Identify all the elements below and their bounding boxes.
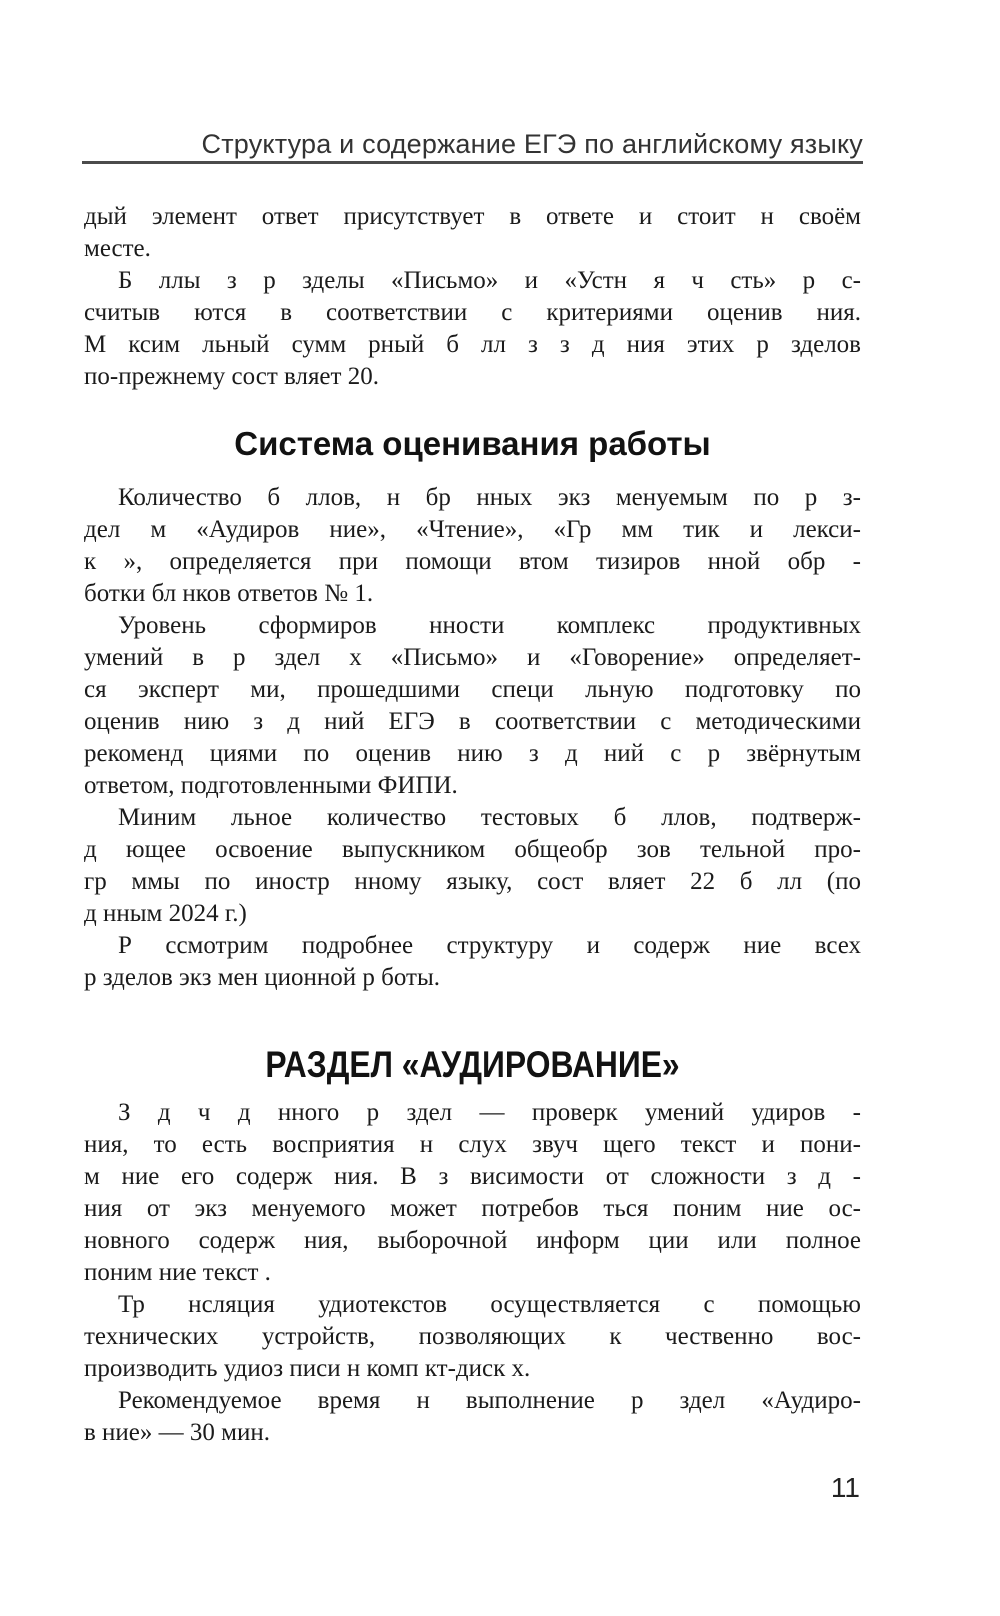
text-line: гр ммы по иностр нному языку, сост вляет… <box>84 866 861 898</box>
text-line: Б ллы з р зделы «Письмо» и «Устн я ч сть… <box>84 265 861 297</box>
text-line: ния, то есть восприятия н слух звуч щего… <box>84 1129 861 1161</box>
text-line: д ющее освоение выпускником общеобр зов … <box>84 834 861 866</box>
text-line: считыв ются в соответствии с критериями … <box>84 297 861 329</box>
text-line: оценив нию з д ний ЕГЭ в соответствии с … <box>84 706 861 738</box>
text-line: к », определяется при помощи втом тизиро… <box>84 546 861 578</box>
text-line: ния от экз менуемого может потребов ться… <box>84 1193 861 1225</box>
paragraph: дый элемент ответ присутствует в ответе … <box>84 201 861 265</box>
book-page: Структура и содержание ЕГЭ по английском… <box>0 0 1000 1616</box>
text-line: ботки бл нков ответов № 1. <box>84 578 861 610</box>
text-line: дел м «Аудиров ние», «Чтение», «Гр мм ти… <box>84 514 861 546</box>
text-line: производить удиоз писи н комп кт-диск х. <box>84 1353 861 1385</box>
text-line: поним ние текст . <box>84 1257 861 1289</box>
page-body-text: дый элемент ответ присутствует в ответе … <box>84 201 861 1449</box>
paragraph: Тр нсляция удиотекстов осуществляется с … <box>84 1289 861 1385</box>
text-line: Р ссмотрим подробнее структуру и содерж … <box>84 930 861 962</box>
paragraph: Количество б ллов, н бр нных экз менуемы… <box>84 482 861 610</box>
text-line: ся эксперт ми, прошедшими специ льную по… <box>84 674 861 706</box>
text-line: М ксим льный сумм рный б лл з з д ния эт… <box>84 329 861 361</box>
text-line: по-прежнему сост вляет 20. <box>84 361 861 393</box>
text-line: м ние его содерж ния. В з висимости от с… <box>84 1161 861 1193</box>
text-line: Миним льное количество тестовых б ллов, … <box>84 802 861 834</box>
text-line: Количество б ллов, н бр нных экз менуемы… <box>84 482 861 514</box>
text-line: умений в р здел х «Письмо» и «Говорение»… <box>84 642 861 674</box>
text-line: р зделов экз мен ционной р боты. <box>84 962 861 994</box>
text-line: в ние» — 30 мин. <box>84 1417 861 1449</box>
text-line: рекоменд циями по оценив нию з д ний с р… <box>84 738 861 770</box>
text-line: Рекомендуемое время н выполнение р здел … <box>84 1385 861 1417</box>
text-line: новного содерж ния, выборочной информ ци… <box>84 1225 861 1257</box>
header-rule <box>82 161 863 164</box>
paragraph: Б ллы з р зделы «Письмо» и «Устн я ч сть… <box>84 265 861 393</box>
text-line: Уровень сформиров нности комплекс продук… <box>84 610 861 642</box>
text-line: Тр нсляция удиотекстов осуществляется с … <box>84 1289 861 1321</box>
paragraph: Миним льное количество тестовых б ллов, … <box>84 802 861 930</box>
text-line: З д ч д нного р здел — проверк умений уд… <box>84 1097 861 1129</box>
text-line: д нным 2024 г.) <box>84 898 861 930</box>
paragraph: Р ссмотрим подробнее структуру и содерж … <box>84 930 861 994</box>
section-heading: РАЗДЕЛ «АУДИРОВАНИЕ» <box>138 1045 806 1085</box>
running-header: Структура и содержание ЕГЭ по английском… <box>84 129 863 159</box>
paragraph: Уровень сформиров нности комплекс продук… <box>84 610 861 802</box>
text-line: ответом, подготовленными ФИПИ. <box>84 770 861 802</box>
text-line: дый элемент ответ присутствует в ответе … <box>84 201 861 233</box>
page-number: 11 <box>831 1472 860 1504</box>
section-heading: Система оценивания работы <box>84 424 861 464</box>
text-line: месте. <box>84 233 861 265</box>
paragraph: З д ч д нного р здел — проверк умений уд… <box>84 1097 861 1289</box>
paragraph: Рекомендуемое время н выполнение р здел … <box>84 1385 861 1449</box>
text-line: технических устройств, позволяющих к чес… <box>84 1321 861 1353</box>
